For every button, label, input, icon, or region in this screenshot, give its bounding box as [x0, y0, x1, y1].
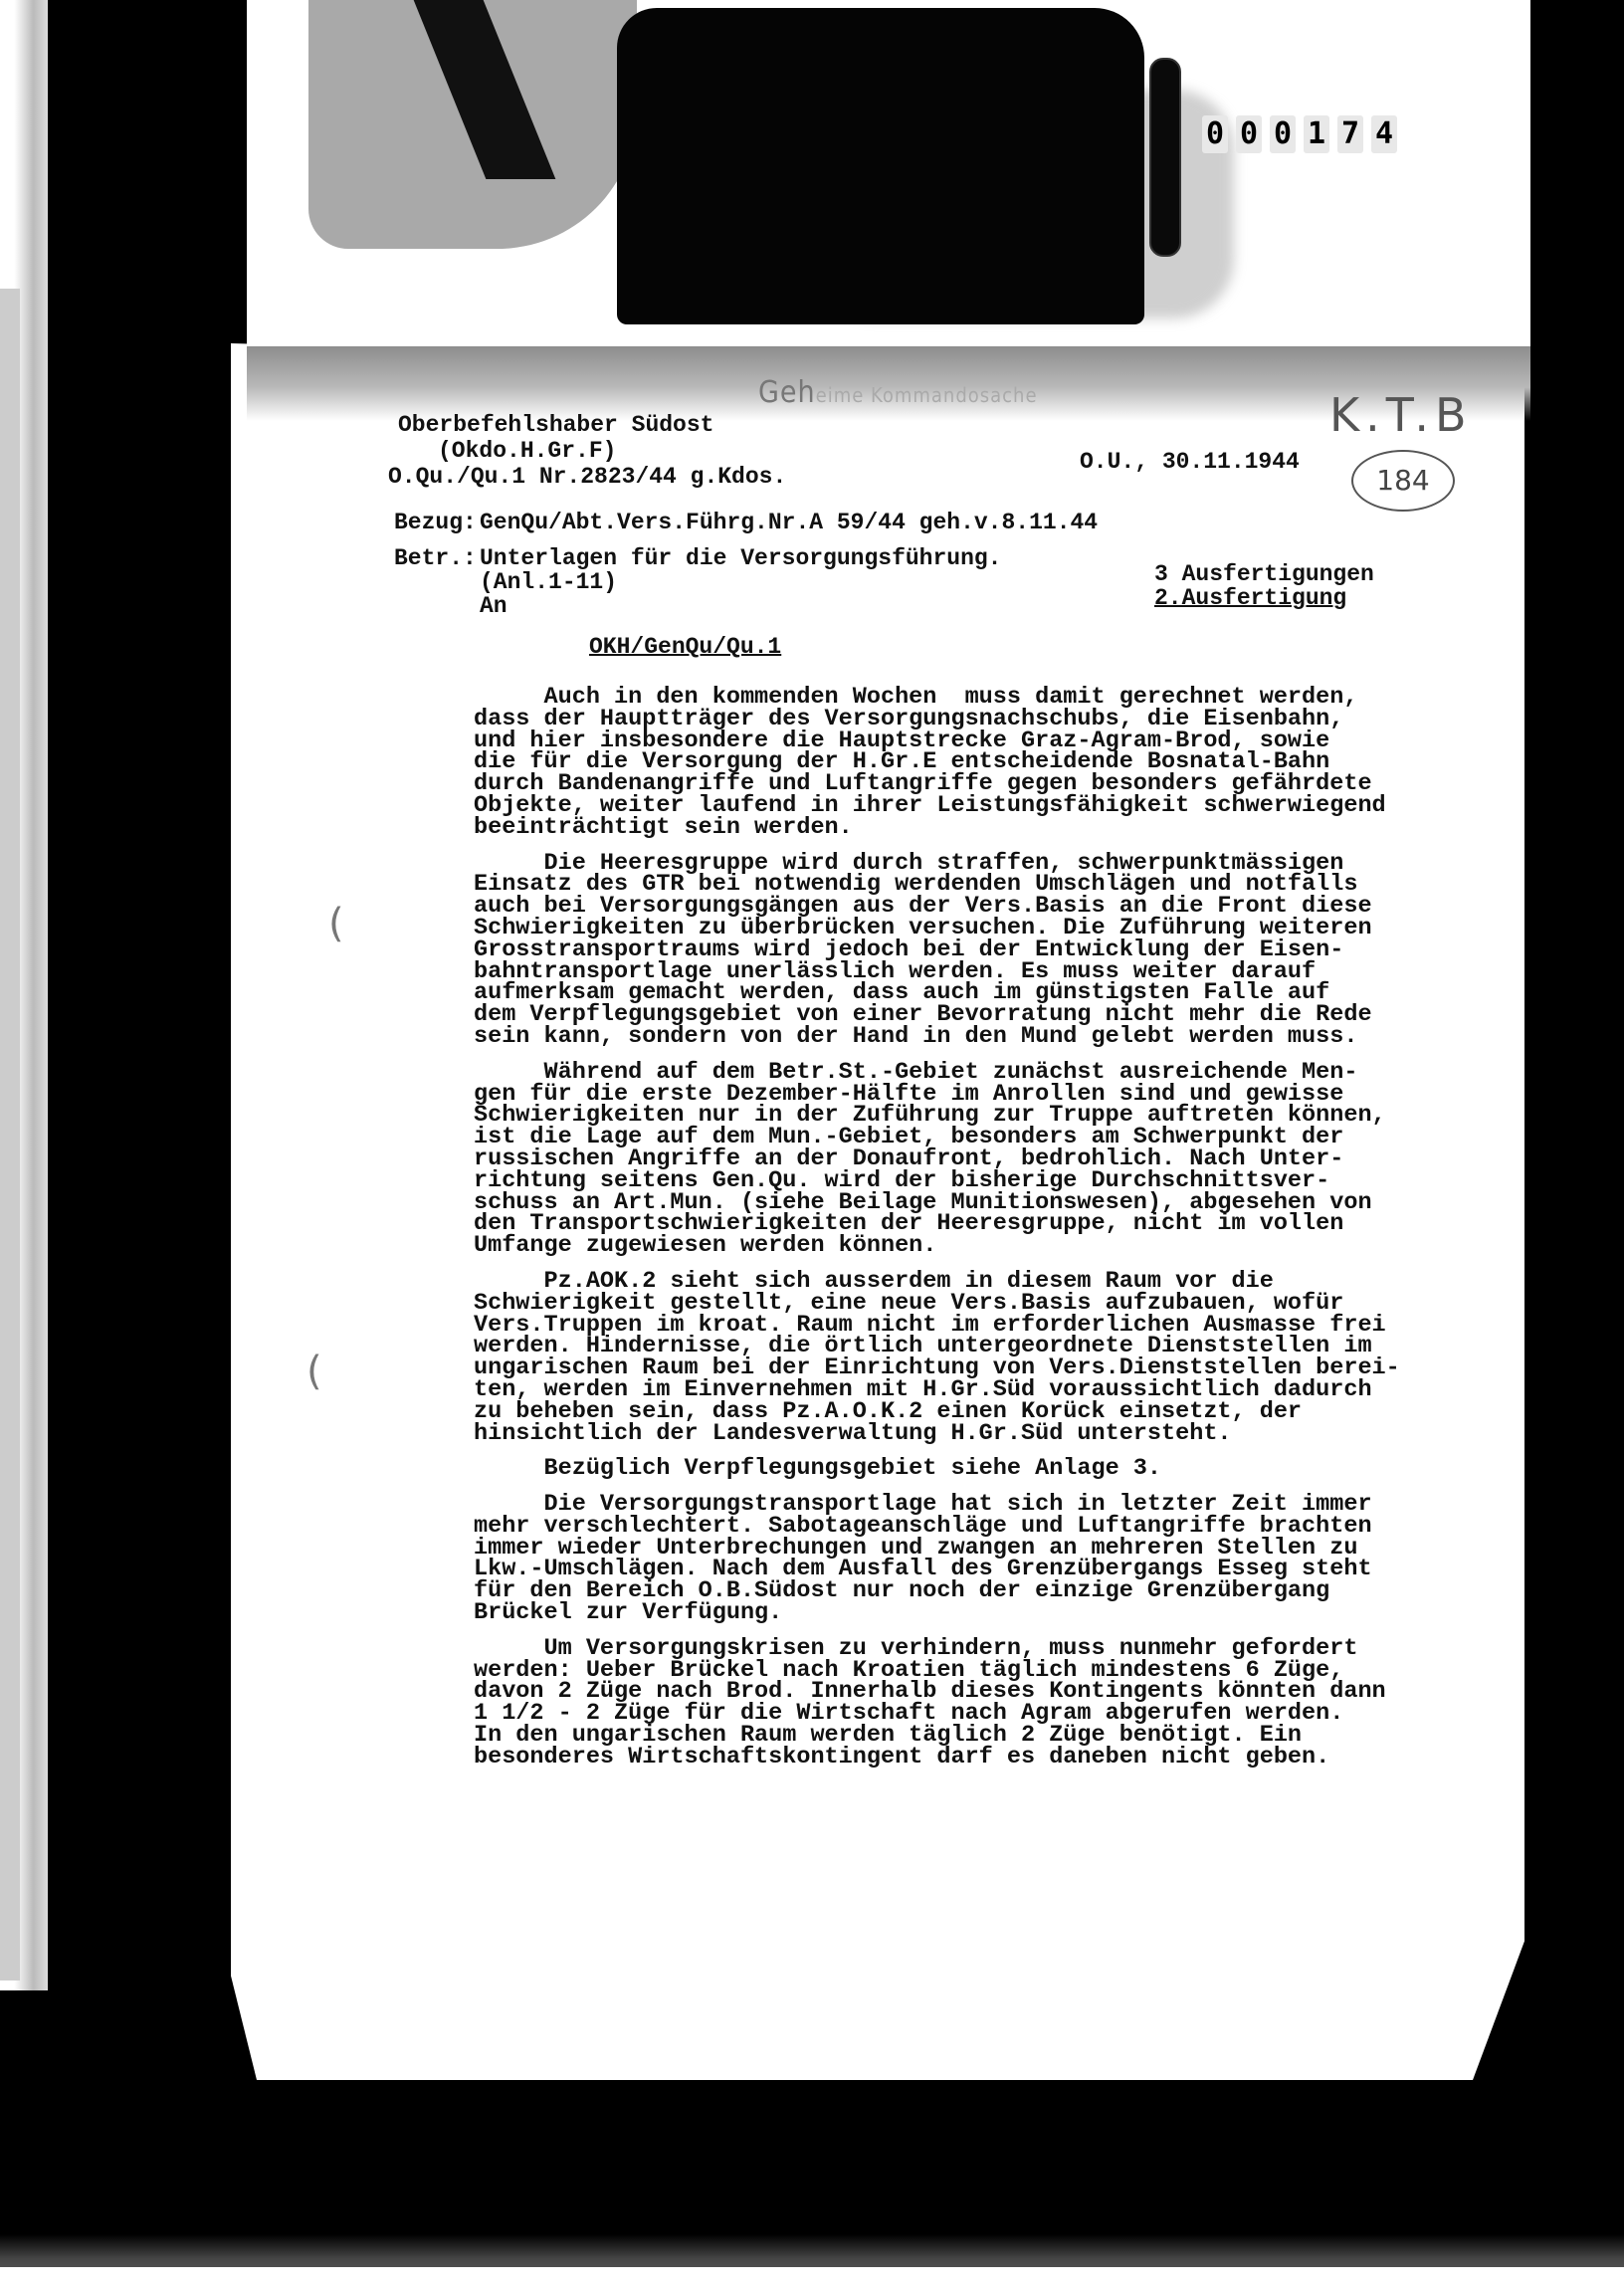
sender-line1: Oberbefehlshaber Südost [398, 413, 713, 437]
an-label: An [480, 594, 507, 618]
recipient: OKH/GenQu/Qu.1 [589, 635, 781, 659]
frame-counter: 0 0 0 1 7 4 [617, 8, 1144, 324]
paragraph: Auch in den kommenden Wochen muss damit … [474, 687, 1469, 839]
counter-digit: 0 [1202, 115, 1228, 153]
bezug-text: GenQu/Abt.Vers.Führg.Nr.A 59/44 geh.v.8.… [480, 511, 1098, 534]
ktb-stamp: K.T.B [1329, 388, 1473, 442]
paragraph: Bezüglich Verpflegungsgebiet siehe Anlag… [474, 1458, 1469, 1480]
text-line: Brückel zur Verfügung. [474, 1602, 1469, 1624]
counter-digit: 0 [1270, 115, 1296, 153]
copies-total: 3 Ausfertigungen [1154, 562, 1374, 586]
paragraph: Die Heeresgruppe wird durch straffen, sc… [474, 853, 1469, 1048]
betr-label: Betr.: [394, 546, 477, 570]
punch-hole-mark: ( [306, 1349, 322, 1394]
bezug-label: Bezug: [394, 511, 477, 534]
paragraph: Pz.AOK.2 sieht sich ausserdem in diesem … [474, 1271, 1469, 1444]
file-number: O.Qu./Qu.1 Nr.2823/44 g.Kdos. [388, 465, 786, 489]
betr-text: Unterlagen für die Versorgungsführung. [480, 546, 1002, 570]
counter-digit: 0 [1236, 115, 1262, 153]
adjacent-page-edge [0, 289, 20, 1980]
text-line: besonderes Wirtschaftskontingent darf es… [474, 1747, 1469, 1769]
paragraph: Um Versorgungskrisen zu verhindern, muss… [474, 1638, 1469, 1769]
punch-hole-mark: ( [328, 901, 344, 946]
counter-digit: 4 [1371, 115, 1397, 153]
classification-stamp: Geheime Kommandosache [758, 375, 1038, 410]
text-line: sein kann, sondern von der Hand in den M… [474, 1026, 1469, 1048]
text-line: hinsichtlich der Landesverwaltung H.Gr.S… [474, 1423, 1469, 1445]
copy-number: 2.Ausfertigung [1154, 586, 1346, 610]
counter-digit: 1 [1304, 115, 1329, 153]
letter-body: Auch in den kommenden Wochen muss damit … [474, 687, 1469, 1782]
place-date: O.U., 30.11.1944 [1080, 450, 1300, 474]
circled-page-number: 184 [1351, 450, 1455, 512]
counter-digit: 7 [1337, 115, 1363, 153]
film-border [0, 2267, 1624, 2293]
paragraph: Die Versorgungstransportlage hat sich in… [474, 1494, 1469, 1624]
attachments: (Anl.1-11) [480, 570, 617, 594]
sender-line2: (Okdo.H.Gr.F) [438, 439, 616, 463]
text-line: Bezüglich Verpflegungsgebiet siehe Anlag… [474, 1458, 1469, 1480]
paragraph: Während auf dem Betr.St.-Gebiet zunächst… [474, 1062, 1469, 1257]
text-line: Umfange zugewiesen werden können. [474, 1235, 1469, 1257]
counter-knob-icon [1149, 58, 1181, 257]
counter-digits: 0 0 0 1 7 4 [1202, 115, 1397, 153]
text-line: beeinträchtigt sein werden. [474, 817, 1469, 839]
